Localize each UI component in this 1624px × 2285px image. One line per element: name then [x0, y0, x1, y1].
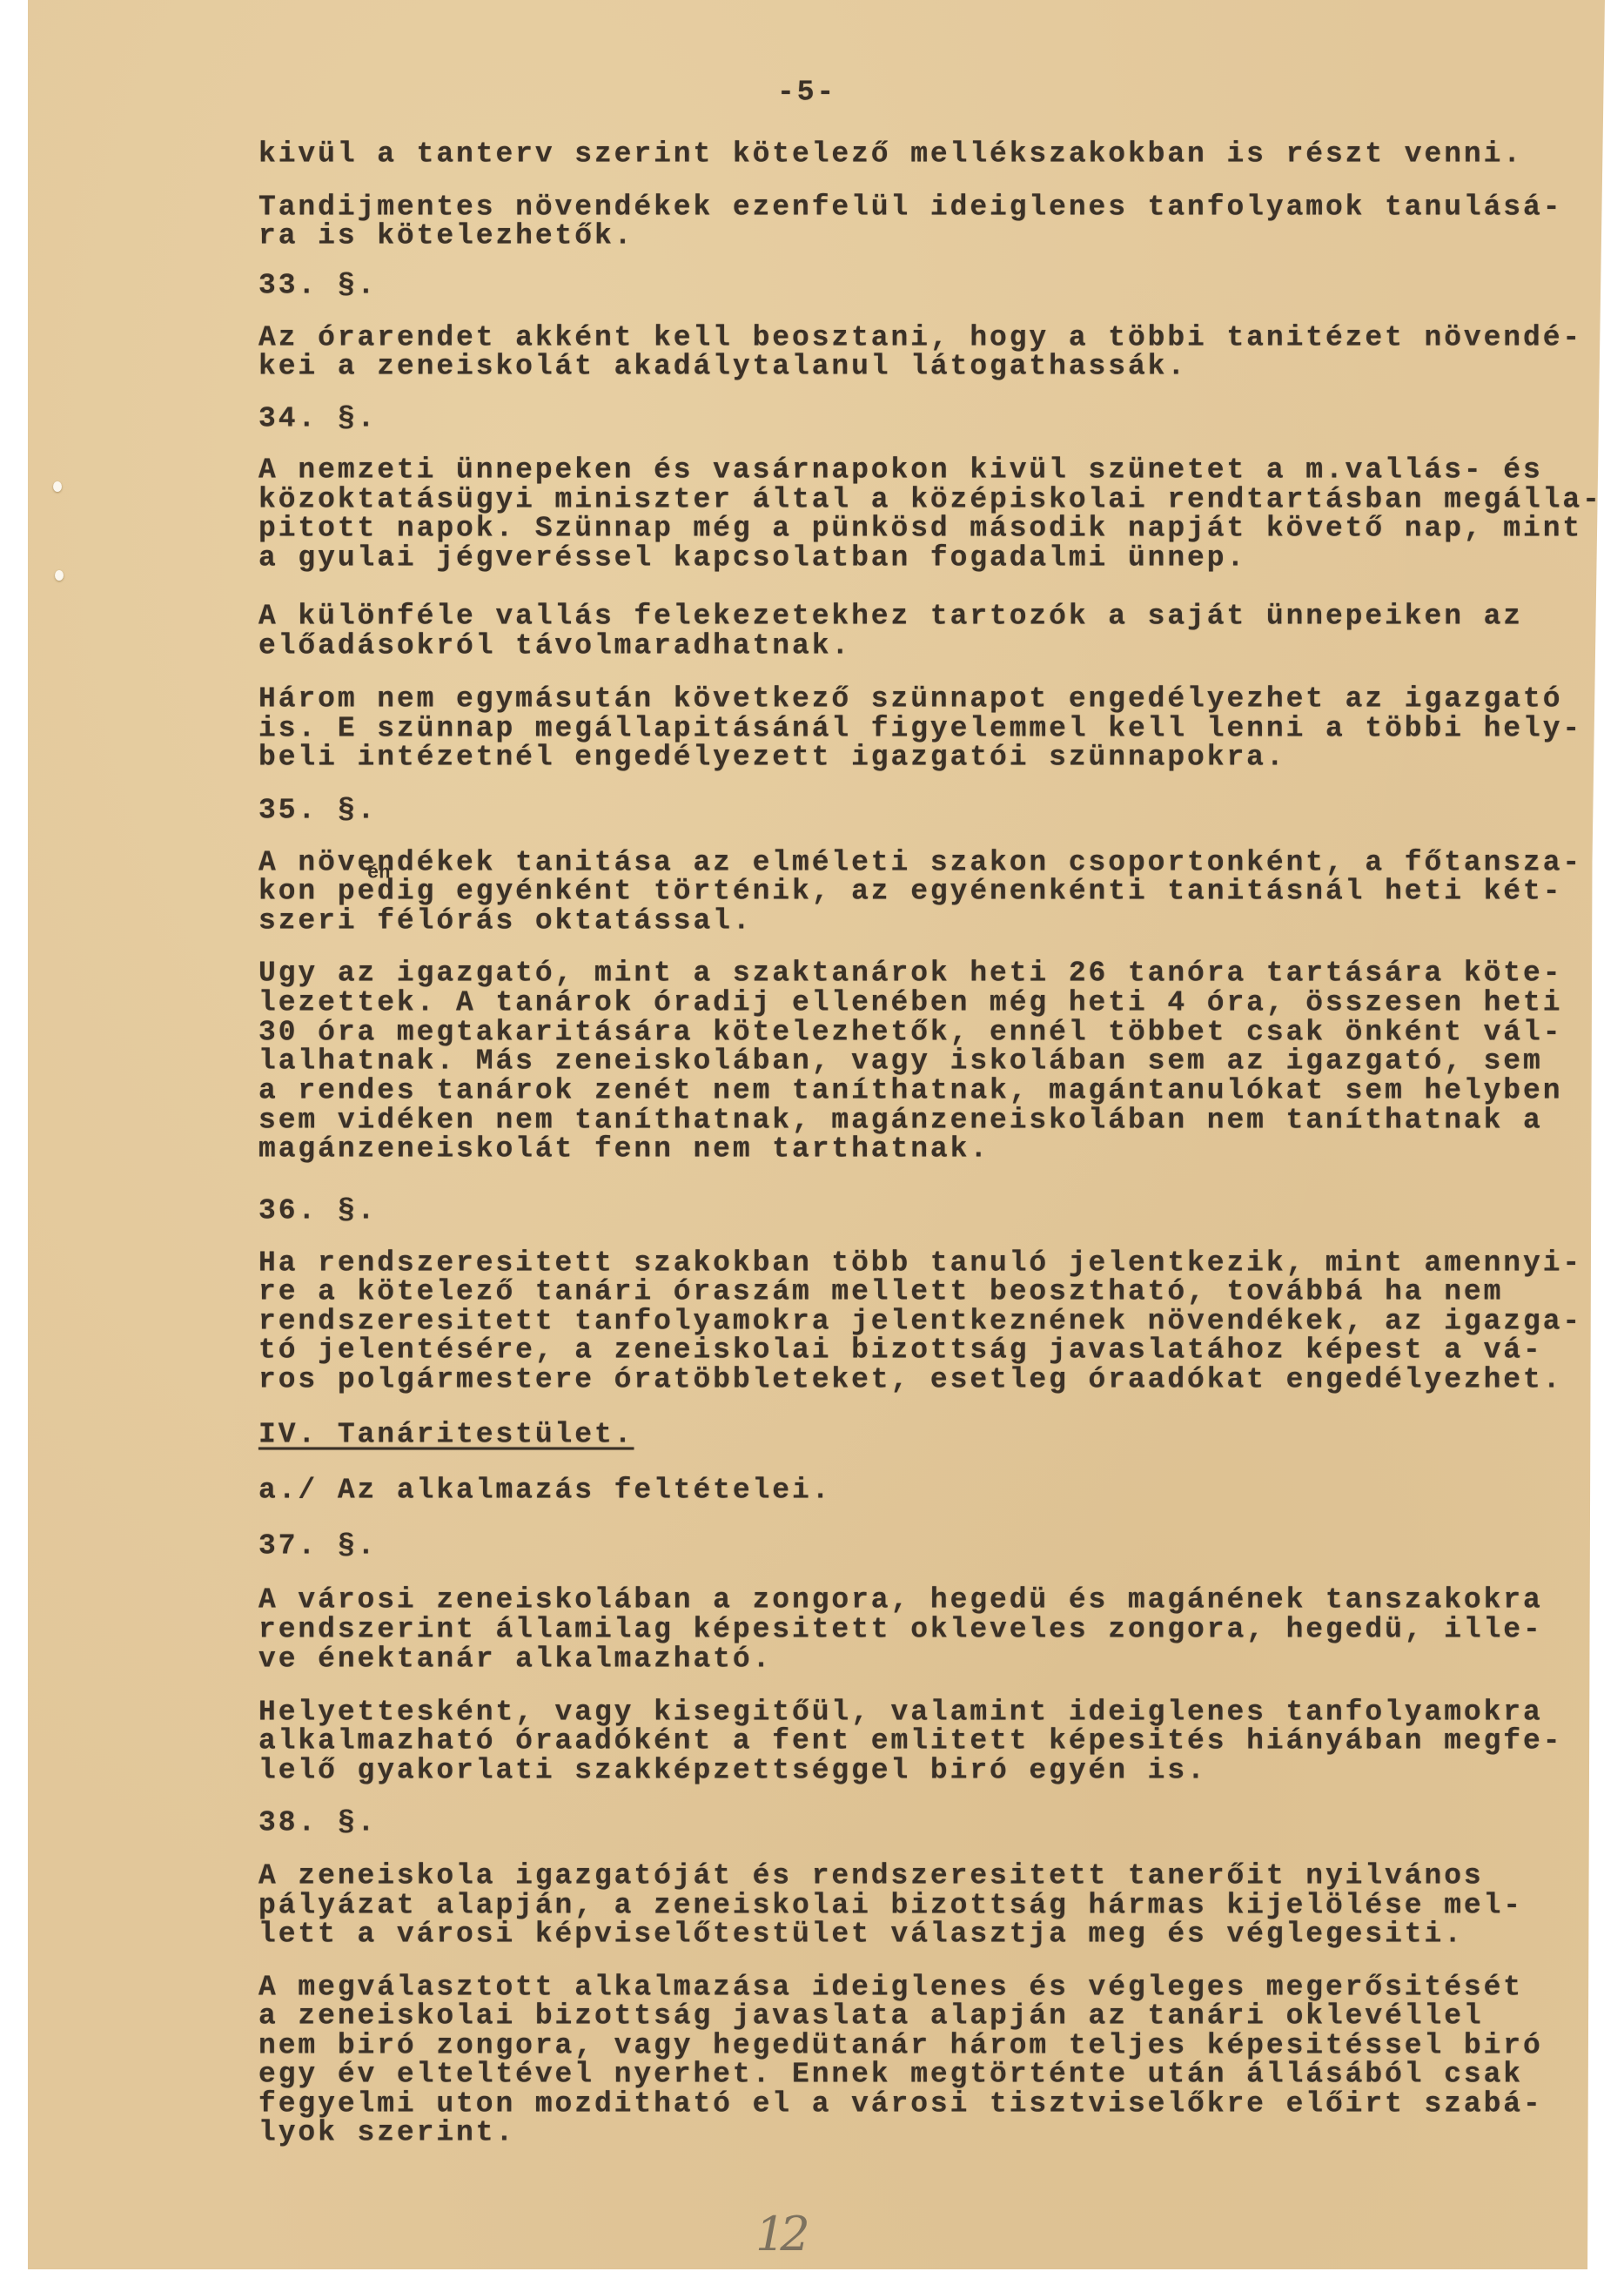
text-line: kivül a tanterv szerint kötelező melléks…	[258, 140, 1523, 169]
page-number: -5-	[777, 78, 836, 107]
text-line: rendszeresitett tanfolyamokra jelentkezn…	[258, 1307, 1582, 1336]
text-line: ros polgármestere óratöbbleteket, esetle…	[258, 1366, 1562, 1395]
text-line: ra is kötelezhetők.	[258, 222, 634, 251]
text-line: pályázat alapján, a zeneiskolai bizottsá…	[258, 1892, 1523, 1920]
text-line: lyok szerint.	[258, 2119, 515, 2147]
paragraph-number: 38. §.	[258, 1809, 377, 1838]
paragraph-number: 37. §.	[258, 1532, 377, 1561]
text-line: lelő gyakorlati szakképzettséggel biró e…	[258, 1757, 1207, 1785]
text-line: pitott napok. Szünnap még a pünkösd máso…	[258, 514, 1582, 543]
text-line: sem vidéken nem taníthatnak, magánzeneis…	[258, 1106, 1543, 1135]
text-line: rendszerint államilag képesitett oklevel…	[258, 1616, 1543, 1644]
handwritten-folio-number: 12	[755, 2207, 805, 2261]
punch-hole	[55, 570, 64, 581]
text-line: közoktatásügyi miniszter által a középis…	[258, 486, 1602, 514]
text-line: Ha rendszeresitett szakokban több tanuló…	[258, 1249, 1582, 1278]
text-line: tó jelentésére, a zeneiskolai bizottság …	[258, 1336, 1543, 1365]
text-line: Az órarendet akként kell beosztani, hogy…	[258, 324, 1582, 353]
text-line: A növendékek tanitása az elméleti szakon…	[258, 849, 1582, 877]
text-line: lett a városi képviselőtestület választj…	[258, 1920, 1464, 1949]
section-heading: IV. Tanáritestület.	[258, 1421, 634, 1449]
text-line: a gyulai jégveréssel kapcsolatban fogada…	[258, 544, 1246, 573]
text-line: lalhatnak. Más zeneiskolában, vagy iskol…	[258, 1047, 1543, 1076]
text-line: 30 óra megtakaritására kötelezhetők, enn…	[258, 1018, 1562, 1047]
text-line: Ugy az igazgató, mint a szaktanárok heti…	[258, 959, 1562, 988]
punch-hole	[53, 481, 62, 492]
paragraph-number: 34. §.	[258, 405, 377, 433]
text-line: A megválasztott alkalmazása ideiglenes é…	[258, 1973, 1523, 2002]
text-line: fegyelmi uton mozditható el a városi tis…	[258, 2090, 1543, 2119]
text-line: beli intézetnél engedélyezett igazgatói …	[258, 743, 1286, 772]
text-line: kei a zeneiskolát akadálytalanul látogat…	[258, 353, 1187, 381]
text-line: alkalmazható óraadóként a fent emlitett …	[258, 1727, 1562, 1756]
text-line: Helyettesként, vagy kisegitőül, valamint…	[258, 1698, 1543, 1727]
text-line: Három nem egymásután következő szünnapot…	[258, 685, 1562, 714]
typed-insertion: én	[367, 863, 390, 884]
text-line: ve énektanár alkalmazható.	[258, 1645, 772, 1674]
text-line: a zeneiskolai bizottság javaslata alapjá…	[258, 2002, 1484, 2031]
text-line: A városi zeneiskolában a zongora, hegedü…	[258, 1586, 1543, 1615]
text-line: A különféle vallás felekezetekhez tartoz…	[258, 602, 1523, 631]
text-line: kon pedig egyénként történik, az egyénen…	[258, 877, 1562, 906]
text-line: nem biró zongora, vagy hegedütanár három…	[258, 2032, 1543, 2060]
text-line: A nemzeti ünnepeken és vasárnapokon kivü…	[258, 456, 1543, 485]
text-line: a./ Az alkalmazás feltételei.	[258, 1476, 831, 1505]
paragraph-number: 35. §.	[258, 796, 377, 825]
text-line: a rendes tanárok zenét nem taníthatnak, …	[258, 1077, 1562, 1106]
text-line: lezettek. A tanárok óradij ellenében még…	[258, 989, 1562, 1018]
text-line: szeri félórás oktatással.	[258, 907, 753, 936]
text-line: Tandijmentes növendékek ezenfelül ideigl…	[258, 193, 1562, 222]
paragraph-number: 36. §.	[258, 1197, 377, 1226]
text-line: A zeneiskola igazgatóját és rendszeresit…	[258, 1862, 1484, 1891]
text-line: re a kötelező tanári óraszám mellett beo…	[258, 1278, 1503, 1307]
text-line: egy év elteltével nyerhet. Ennek megtört…	[258, 2060, 1523, 2089]
text-line: előadásokról távolmaradhatnak.	[258, 632, 851, 661]
text-line: is. E szünnap megállapitásánál figyelemm…	[258, 715, 1582, 743]
text-line: magánzeneiskolát fenn nem tarthatnak.	[258, 1135, 990, 1164]
paragraph-number: 33. §.	[258, 272, 377, 300]
